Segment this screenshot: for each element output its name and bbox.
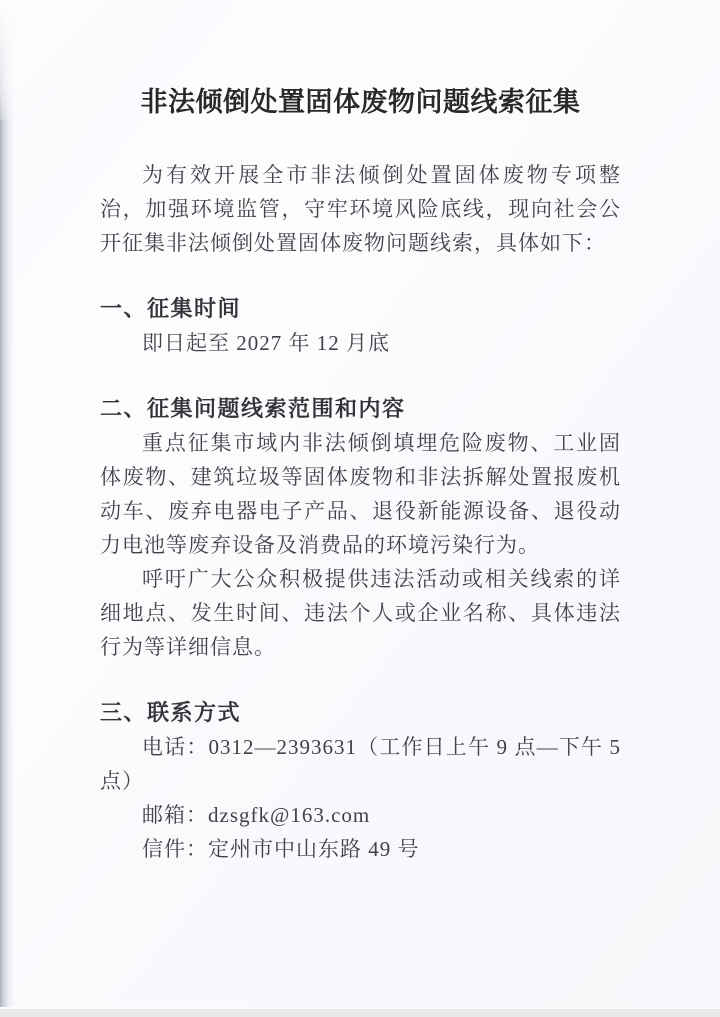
contact-phone-label: 电话： bbox=[142, 735, 209, 759]
section-2-paragraph-1: 重点征集市域内非法倾倒填埋危险废物、工业固体废物、建筑垃圾等固体废物和非法拆解处… bbox=[100, 426, 621, 562]
document-page: 非法倾倒处置固体废物问题线索征集 为有效开展全市非法倾倒处置固体废物专项整治，加… bbox=[0, 0, 720, 1017]
contact-mail-line: 信件：定州市中山东路 49 号 bbox=[100, 832, 621, 866]
contact-email-value: dzsgfk@163.com bbox=[208, 803, 370, 827]
contact-phone-line: 电话：0312—2393631（工作日上午 9 点—下午 5 点） bbox=[100, 730, 621, 798]
section-1-heading: 一、征集时间 bbox=[100, 292, 621, 326]
contact-email-line: 邮箱：dzsgfk@163.com bbox=[100, 798, 621, 832]
page-title: 非法倾倒处置固体废物问题线索征集 bbox=[100, 88, 621, 116]
contact-mail-label: 信件： bbox=[142, 837, 208, 861]
contact-email-label: 邮箱： bbox=[142, 803, 208, 827]
section-contact-info: 三、联系方式 电话：0312—2393631（工作日上午 9 点—下午 5 点）… bbox=[100, 696, 621, 866]
section-3-heading: 三、联系方式 bbox=[100, 696, 621, 730]
paper-bottom-edge bbox=[0, 1007, 720, 1017]
document-body: 非法倾倒处置固体废物问题线索征集 为有效开展全市非法倾倒处置固体废物专项整治，加… bbox=[0, 0, 720, 866]
contact-mail-value: 定州市中山东路 49 号 bbox=[208, 837, 420, 861]
intro-paragraph: 为有效开展全市非法倾倒处置固体废物专项整治，加强环境监管，守牢环境风险底线，现向… bbox=[100, 158, 621, 260]
section-2-heading: 二、征集问题线索范围和内容 bbox=[100, 392, 621, 426]
section-scope-content: 二、征集问题线索范围和内容 重点征集市域内非法倾倒填埋危险废物、工业固体废物、建… bbox=[100, 392, 621, 664]
section-collection-time: 一、征集时间 即日起至 2027 年 12 月底 bbox=[100, 292, 621, 360]
section-2-paragraph-2: 呼吁广大公众积极提供违法活动或相关线索的详细地点、发生时间、违法个人或企业名称、… bbox=[100, 562, 621, 664]
section-1-paragraph: 即日起至 2027 年 12 月底 bbox=[100, 326, 621, 360]
